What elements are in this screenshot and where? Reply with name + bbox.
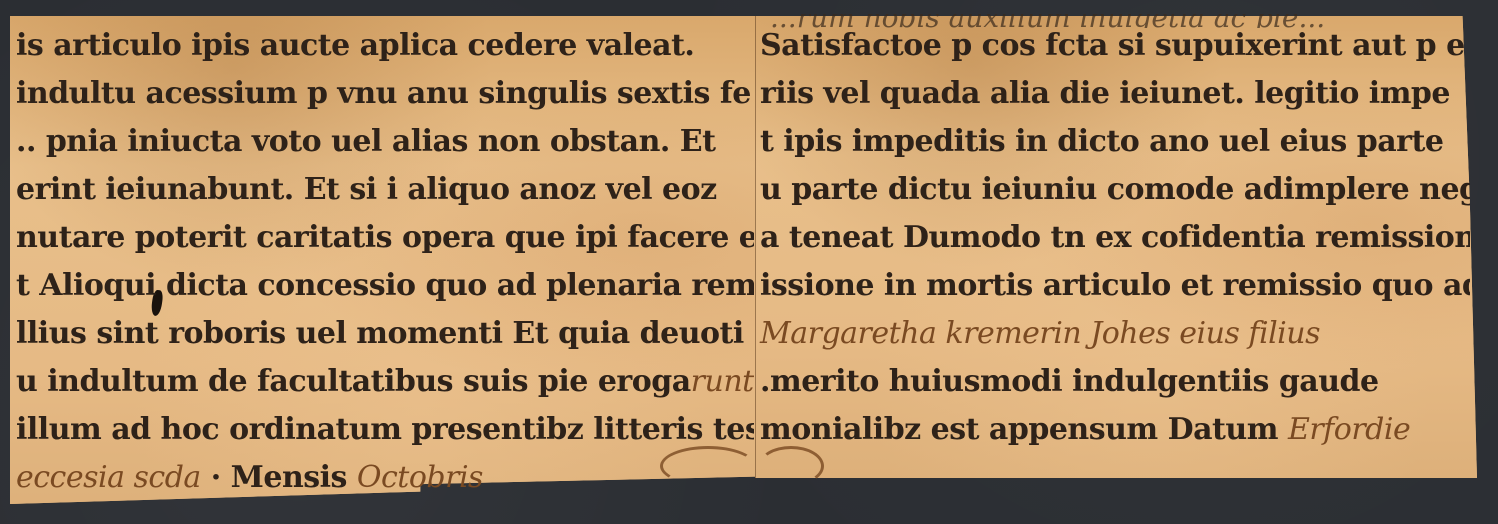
- line-9-right-print: monialibz est appensum Datum: [760, 412, 1278, 447]
- line-3-left: .. pnia iniucta voto uel alias non obsta…: [16, 118, 754, 166]
- line-8-left: u indultum de facultatibus suis pie erog…: [16, 358, 754, 406]
- text-line-4: erint ieiunabunt. Et si i aliquo anoz ve…: [16, 166, 1476, 214]
- line-8-left-print: u indultum de facultatibus suis pie erog…: [16, 364, 691, 399]
- line-1-right: Satisfactoe p cos fcta si supuixerint au…: [754, 22, 1470, 70]
- text-block: is articulo ipis aucte aplica cedere val…: [16, 22, 1476, 502]
- separator-dot: ·: [211, 460, 231, 495]
- text-line-6: t Alioqui dicta concessio quo ad plenari…: [16, 262, 1476, 310]
- line-4-right: u parte dictu ieiuniu comode adimplere n…: [754, 166, 1470, 214]
- manuscript-flourish-icon: [758, 446, 824, 486]
- line-6-right: issione in mortis articulo et remissio q…: [754, 262, 1470, 310]
- text-line-2: indultu acessium p vnu anu singulis sext…: [16, 70, 1476, 118]
- line-5-right: a teneat Dumodo tn ex cofidentia remissi…: [754, 214, 1470, 262]
- line-9-left: illum ad hoc ordinatum presentibz litter…: [16, 406, 754, 454]
- text-line-5: nutare poterit caritatis opera que ipi f…: [16, 214, 1476, 262]
- line-2-left: indultu acessium p vnu anu singulis sext…: [16, 70, 754, 118]
- text-line-8: u indultum de facultatibus suis pie erog…: [16, 358, 1476, 406]
- handwritten-place: Erfordie: [1288, 412, 1410, 447]
- handwritten-tail: runt: [691, 364, 754, 399]
- line-4-left: erint ieiunabunt. Et si i aliquo anoz ve…: [16, 166, 754, 214]
- manuscript-flourish-icon: [660, 446, 756, 486]
- line-8-right: .merito huiusmodi indulgentiis gaude: [754, 358, 1470, 406]
- handwritten-names: Margaretha kremerin Johes eius filius: [754, 310, 1470, 358]
- line-2-right: riis vel quada alia die ieiunet. legitio…: [754, 70, 1470, 118]
- line-6-left: t Alioqui dicta concessio quo ad plenari…: [16, 262, 754, 310]
- text-line-3: .. pnia iniucta voto uel alias non obsta…: [16, 118, 1476, 166]
- line-5-left: nutare poterit caritatis opera que ipi f…: [16, 214, 754, 262]
- text-line-1: is articulo ipis aucte aplica cedere val…: [16, 22, 1476, 70]
- printed-mensis: Mensis: [231, 460, 347, 495]
- handwritten-date-start: eccesia scda: [16, 460, 201, 495]
- line-7-left: llius sint roboris uel momenti Et quia d…: [16, 310, 754, 358]
- line-9-right: monialibz est appensum Datum Erfordie: [754, 406, 1470, 454]
- text-line-9: illum ad hoc ordinatum presentibz litter…: [16, 406, 1476, 454]
- line-1-left: is articulo ipis aucte aplica cedere val…: [16, 22, 754, 70]
- line-3-right: t ipis impeditis in dicto ano uel eius p…: [754, 118, 1470, 166]
- handwritten-month: Octobris: [357, 460, 483, 495]
- text-line-7: llius sint roboris uel momenti Et quia d…: [16, 310, 1476, 358]
